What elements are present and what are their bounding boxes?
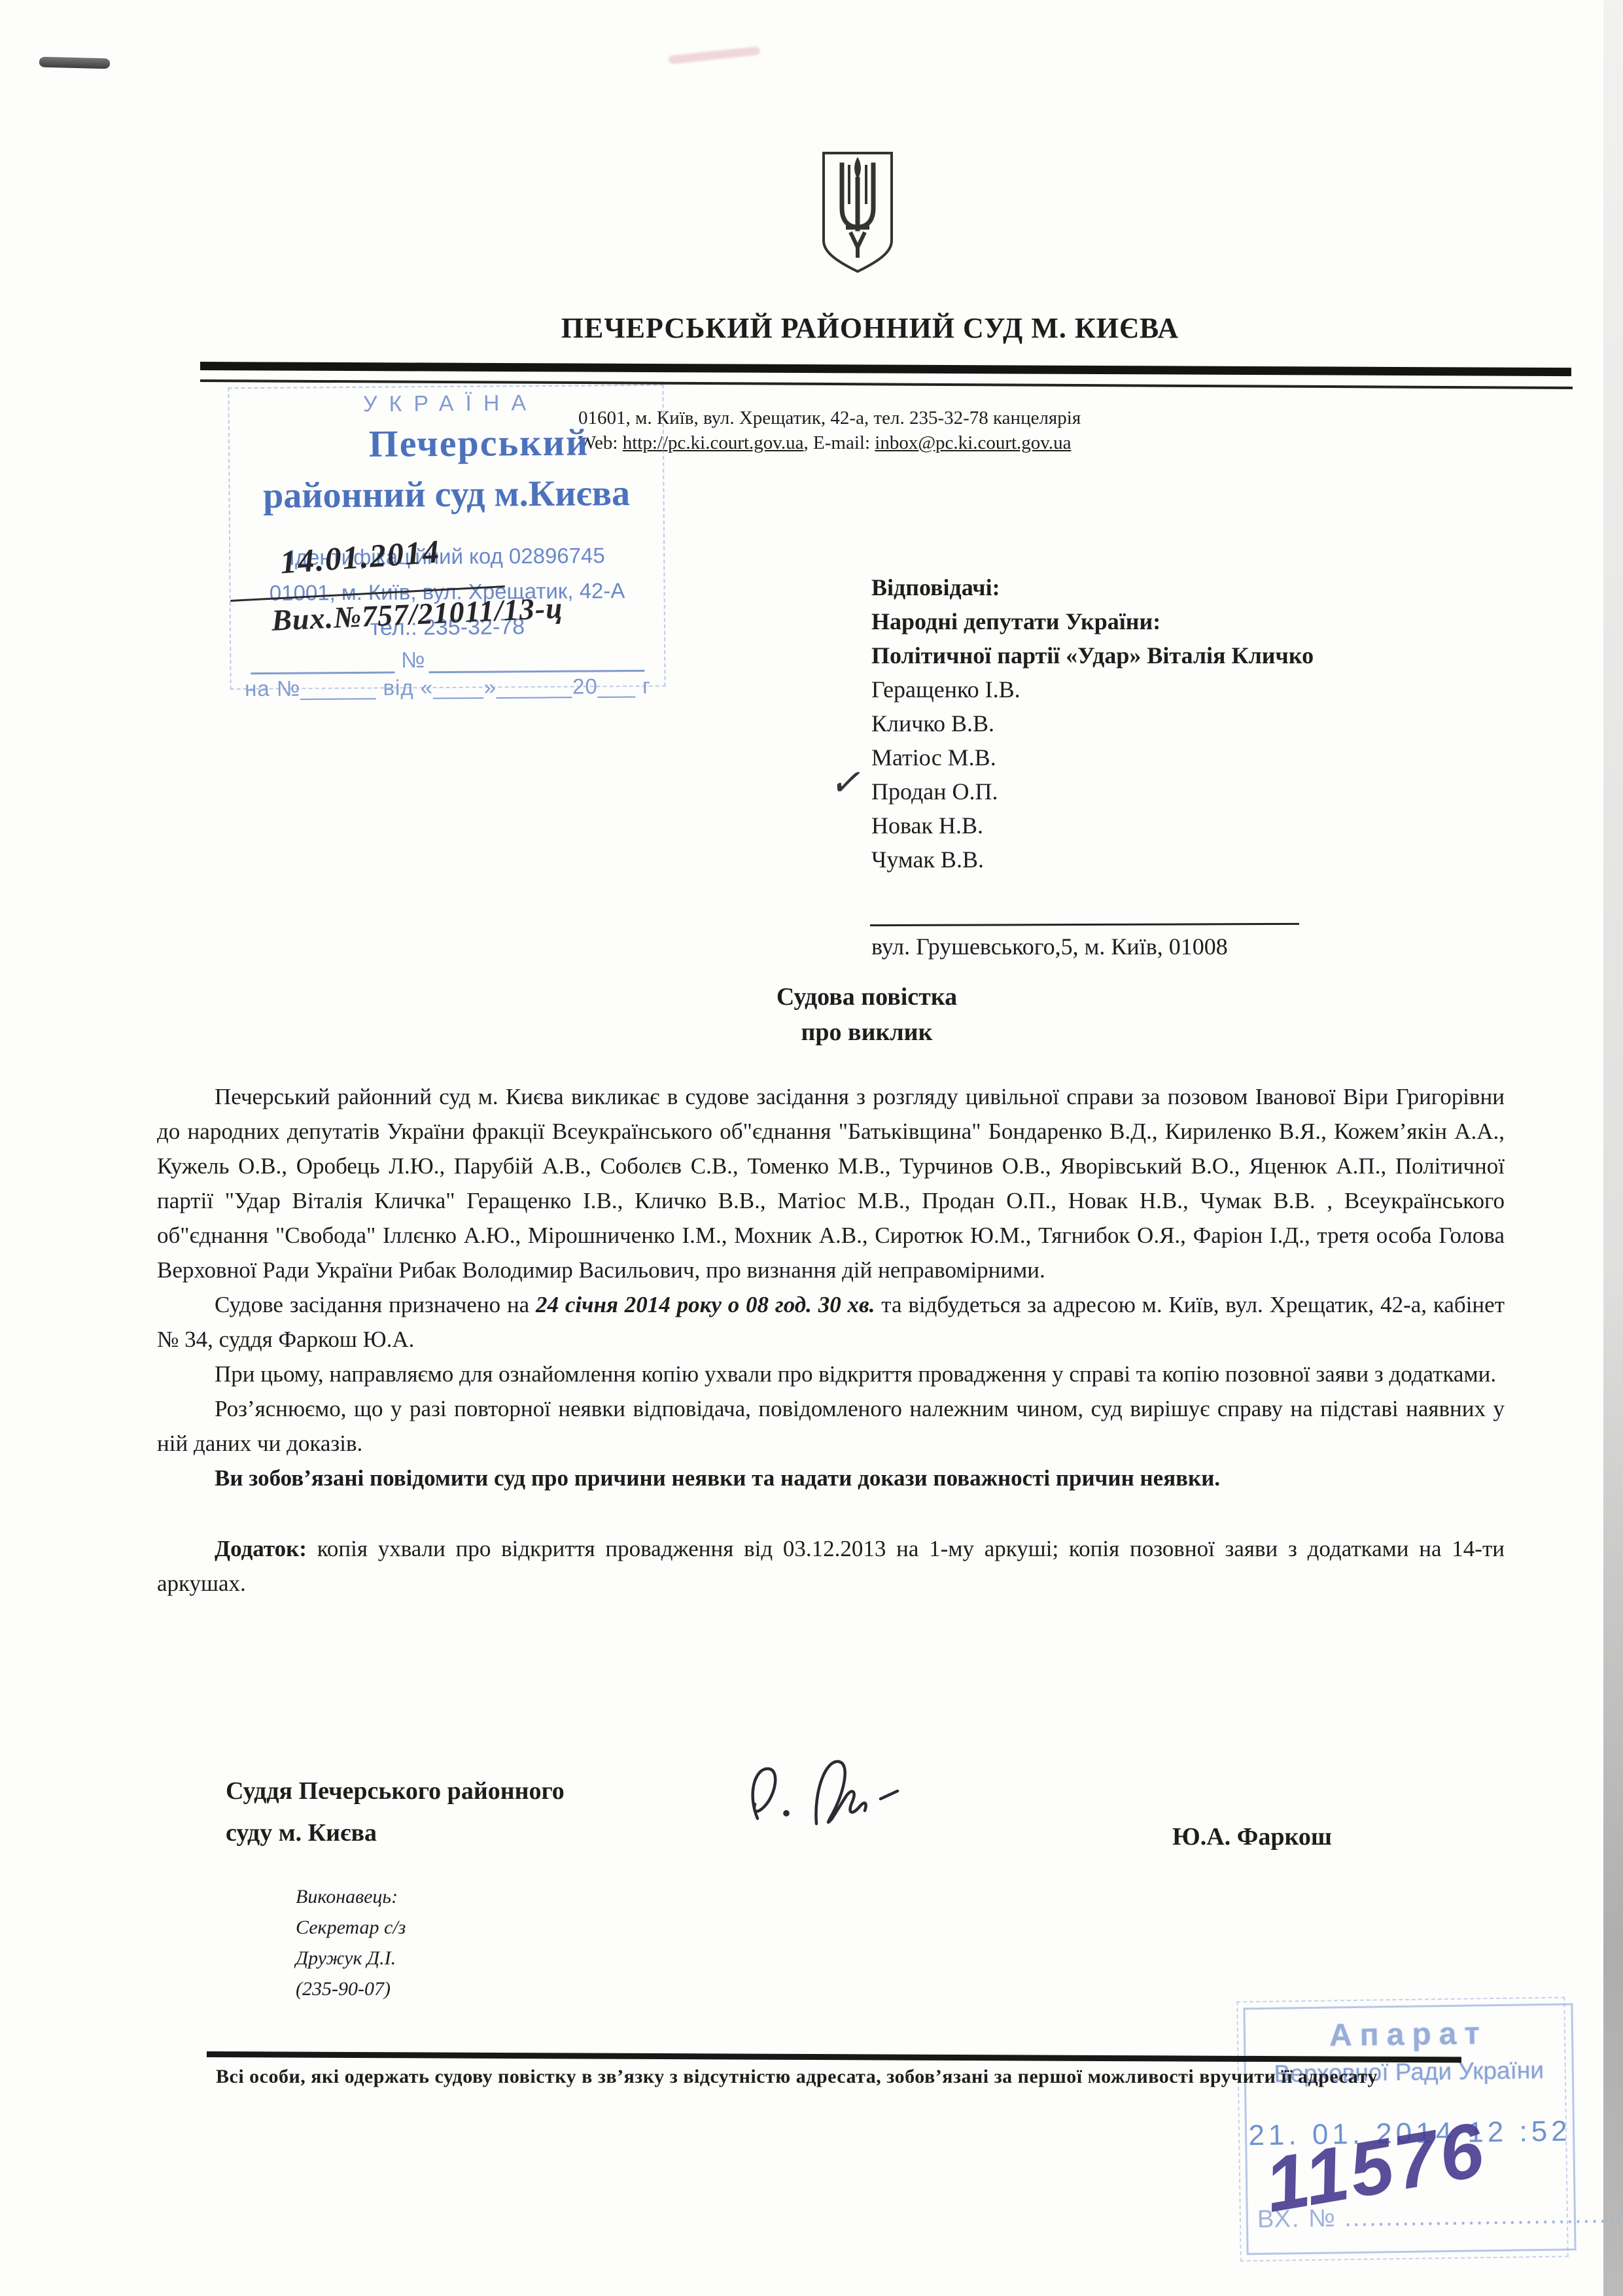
handwritten-checkmark-icon: ✓ [827, 759, 869, 805]
scan-artifact-pink-smudge [669, 46, 761, 65]
ukraine-trident-emblem [818, 149, 897, 277]
document-title-line2: про виклик [196, 1018, 1537, 1047]
body-paragraph-1: Печерський районний суд м. Києва виклика… [157, 1079, 1505, 1287]
court-email-link: inbox@pc.ki.court.gov.ua [875, 432, 1071, 453]
executor-name: Дружук Д.І. [296, 1943, 406, 1974]
body-paragraph-3: При цьому, направляємо для ознайомлення … [157, 1357, 1505, 1391]
summons-body: Печерський районний суд м. Києва виклика… [157, 1079, 1505, 1601]
body-paragraph-2: Судове засідання призначено на 24 січня … [157, 1287, 1505, 1357]
body-paragraph-4: Роз’яснюємо, що у разі повторної неявки … [157, 1391, 1505, 1461]
judge-title-block: Суддя Печерського районного суду м. Києв… [226, 1770, 565, 1854]
executor-label: Виконавець: [296, 1881, 406, 1912]
intake-stamp-border: Апарат Верховної Ради України 21. 01. 20… [1243, 2003, 1576, 2255]
court-registry-stamp: УКРАЇНА Печерський районний суд м.Києва … [228, 385, 665, 690]
executor-phone: (235-90-07) [296, 1974, 406, 2004]
verkhovna-rada-intake-stamp: Апарат Верховної Ради України 21. 01. 20… [1236, 1997, 1569, 2262]
stamp-no-label: № [401, 648, 425, 672]
scan-artifact-dark-mark [39, 57, 110, 69]
attachment-paragraph: Додаток: копія ухвали про відкриття пров… [157, 1531, 1505, 1601]
document-title-line1: Судова повістка [196, 983, 1537, 1011]
stamp-blank-line [428, 650, 644, 673]
respondent-name: Чумак В.В. [871, 843, 1558, 877]
respondents-block: Відповідачі: Народні депутати України: П… [871, 570, 1558, 877]
respondents-party-heading: Політичної партії «Удар» Віталія Кличко [871, 638, 1558, 672]
judge-signature [733, 1748, 935, 1852]
attachment-text: копія ухвали про відкриття провадження в… [157, 1536, 1505, 1596]
stamp-court-name-line2: районний суд м.Києва [230, 472, 663, 517]
executor-block: Виконавець: Секретар с/з Дружук Д.І. (23… [296, 1881, 406, 2004]
respondent-name: Геращенко І.В. [871, 672, 1558, 706]
scan-artifact-right-edge [1603, 0, 1623, 2296]
stamp-number-row: № [231, 646, 664, 677]
header-rule-thick [200, 362, 1571, 376]
respondents-subheading: Народні депутати України: [871, 604, 1558, 638]
stamp-country: УКРАЇНА [229, 390, 662, 419]
judge-title-line2: суду м. Києва [226, 1812, 565, 1854]
attachment-label: Додаток: [215, 1536, 307, 1561]
hearing-datetime: 24 січня 2014 року о 08 год. 30 хв. [536, 1292, 875, 1317]
stamp-court-name-line1: Печерський [262, 419, 695, 466]
intake-stamp-line1: Апарат [1246, 2014, 1572, 2055]
judge-name: Ю.А. Фаркош [1172, 1822, 1332, 1851]
respondents-underline [870, 923, 1299, 926]
respondent-name: Продан О.П. [871, 774, 1558, 809]
judge-title-line1: Суддя Печерського районного [226, 1770, 565, 1812]
court-name-heading: ПЕЧЕРСЬКИЙ РАЙОННИЙ СУД М. КИЄВА [196, 311, 1544, 345]
stamp-blank-line [251, 652, 394, 675]
email-label: , E-mail: [804, 432, 875, 453]
respondent-name: Матіос М.В. [871, 740, 1558, 774]
scanned-court-summons-page: ПЕЧЕРСЬКИЙ РАЙОННИЙ СУД М. КИЄВА 01601, … [0, 0, 1623, 2296]
respondents-address: вул. Грушевського,5, м. Київ, 01008 [871, 933, 1228, 960]
stamp-bottom-row: на №______ від «____»______20___ г [231, 674, 664, 702]
p2-prefix: Судове засідання призначено на [215, 1292, 536, 1317]
body-paragraph-5: Ви зобов’язані повідомити суд про причин… [157, 1461, 1505, 1495]
respondent-name: Новак Н.В. [871, 809, 1558, 843]
footer-note: Всі особи, які одержать судову повістку … [216, 2066, 1378, 2088]
respondent-name: Кличко В.В. [871, 706, 1558, 740]
executor-role: Секретар с/з [296, 1912, 406, 1943]
respondents-heading: Відповідачі: [871, 570, 1558, 604]
